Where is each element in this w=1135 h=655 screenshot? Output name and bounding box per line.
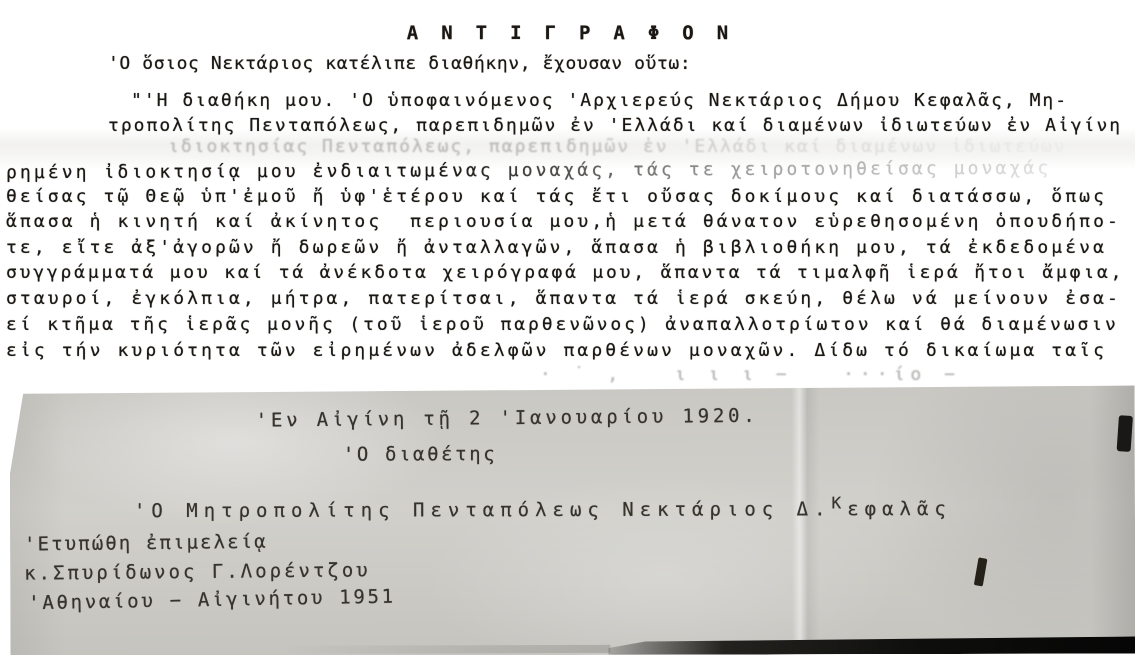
signature-line: 'Ο Μητροπολίτης Πενταπόλεως Νεκτάριος Δ.… [134, 498, 952, 522]
body-line-6: σταυροί, ἐγκόλπια, μήτρα, πατερίτσαι, ἅπ… [6, 288, 1121, 309]
signature-suffix: εφαλᾶς [847, 498, 952, 520]
body-line-1: ρημένη ἰδιοκτησίᾳ μου ἐνδιαιτωμένας μονα… [6, 158, 1051, 184]
imprint-line-3: 'Αθηναίου − Αἰγινήτου 1951 [28, 586, 396, 615]
imprint-line-2: κ.Σπυρίδωνος Γ.Λορέντζου [24, 559, 371, 584]
testator-line: 'Ο διαθέτης [343, 443, 497, 465]
signature-prefix: 'Ο Μητροπολίτης Πενταπόλεως Νεκτάριος Δ. [134, 498, 832, 522]
scanner-black-bar [608, 637, 1135, 655]
ghost-line-top: ιδιοκτησίας Πενταπόλεως, παρεπιδημῶν ἐν … [168, 136, 1067, 157]
body-line-5: συγγράμματά μου καί τά ἀνέκδοτα χειρόγρα… [6, 262, 1124, 283]
scanner-smudge [280, 645, 610, 654]
scanned-will-document: ΑΝΤΙΓΡΑΦΟΝ 'Ο ὅσιος Νεκτάριος κατέλιπε δ… [0, 0, 1135, 655]
ink-mark-right-edge [1117, 415, 1133, 452]
body-line-2: θείσας τῷ Θεῷ ὑπ'ἐμοῦ ἤ ὑφ'ἑτέρου καί τά… [6, 186, 1107, 207]
body-line-3: ἅπασα ἡ κινητή καί ἀκίνητος περιουσία μο… [6, 211, 1121, 232]
photo-paper-fragment: 'Εν Αἰγίνη τῇ 2 'Ιανουαρίου 1920. 'Ο δια… [10, 386, 1135, 655]
intro-line: 'Ο ὅσιος Νεκτάριος κατέλιπε διαθήκην, ἔχ… [108, 53, 691, 74]
body-line-8: εἰς τήν κυριότητα τῶν εἰρημένων ἀδελφῶν … [6, 340, 1107, 361]
date-line: 'Εν Αἰγίνη τῇ 2 'Ιανουαρίου 1920. [256, 405, 759, 432]
document-title: ΑΝΤΙΓΡΑΦΟΝ [0, 22, 1135, 44]
header-line-1: "'Η διαθήκη μου. 'Ο ὑποφαινόμενος 'Αρχιε… [131, 90, 1068, 111]
body-line-4: τε, εἴτε ἀξ'ἀγορῶν ἤ δωρεῶν ἤ ἀνταλλαγῶν… [6, 237, 1107, 258]
body-line-7: εί κτῆμα τῆς ἱερᾶς μονῆς (τοῦ ἱεροῦ παρθ… [6, 314, 1119, 335]
signature-superscript: Κ [831, 493, 847, 512]
imprint-line-1: 'Ετυπώθη ἐπιμελείᾳ [24, 531, 268, 556]
ink-mark-small [974, 557, 988, 586]
ghost-line-bottom: · ˙ ‚ ι ι ι − ···ίο − [540, 364, 961, 385]
